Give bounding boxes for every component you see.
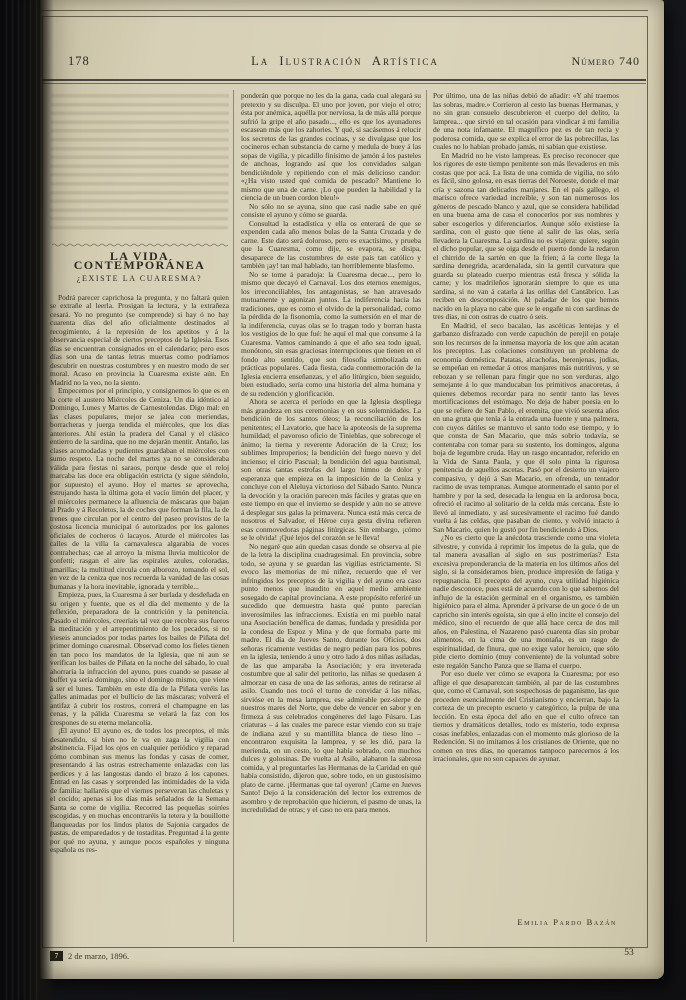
footer-date: 2 de marzo, 1896. — [68, 951, 129, 961]
column-3: Por último, una de las niñas debió de añ… — [433, 92, 619, 912]
paragraph: Consultad la estadística y ella os enter… — [241, 220, 421, 271]
paragraph: Ahora se acerca el período en que la Igl… — [241, 398, 421, 543]
author-signature: Emilia Pardo Bazán — [433, 917, 617, 927]
squiggle-rule — [52, 242, 228, 247]
footer-page-number: 53 — [616, 948, 642, 958]
column-separator-2 — [426, 90, 427, 942]
paragraph: Por eso duele ver cómo se evapora la Cua… — [433, 670, 619, 764]
paragraph: Por último, una de las niñas debió de añ… — [433, 92, 619, 152]
paragraph: En Madrid no he visto lampreas. Es preci… — [433, 152, 619, 322]
paragraph: ¡El ayuno! El ayuno es, de todos los pre… — [50, 727, 229, 855]
paragraph: No sólo no se ayuna, sino que casi nadie… — [241, 203, 421, 220]
binding-page-edges — [6, 0, 42, 1000]
top-border-rule — [42, 10, 648, 11]
issue-number: Número 740 — [42, 54, 640, 69]
column-1-text: Podrá parecer caprichosa la pregunta, y … — [50, 294, 229, 855]
paragraph: En Madrid, el seco bacalao, las ascética… — [433, 322, 619, 535]
paragraph: Empecemos por el principio, y consignemo… — [50, 387, 229, 591]
paragraph: Empieza, pues, la Cuaresma á ser burlada… — [50, 591, 229, 727]
column-1: LA VIDA CONTEMPORÁNEA ¿EXISTE LA CUARESM… — [50, 92, 229, 960]
column-separator-1 — [233, 90, 234, 942]
paragraph: Podrá parecer caprichosa la pregunta, y … — [50, 294, 229, 388]
header-rule-thick — [42, 79, 646, 81]
article-subtitle: ¿EXISTE LA CUARESMA? — [50, 275, 229, 284]
scanned-magazine-page: 178 La Ilustración Artística Número 740 … — [0, 0, 686, 1000]
column-2: ponderán que porque no les da la gana, c… — [241, 92, 421, 937]
paragraph: ¿No es cierto que la anécdota trasciende… — [433, 534, 619, 670]
article-title: LA VIDA CONTEMPORÁNEA — [50, 252, 229, 269]
ink-bleedthrough-ghost — [50, 94, 229, 234]
paragraph: No negaré que aún quedan casas donde se … — [241, 543, 421, 815]
paragraph: No se tome á paradoja: la Cuaresma decae… — [241, 271, 421, 399]
paragraph: ponderán que porque no les da la gana, c… — [241, 92, 421, 203]
header-rule-thin — [42, 83, 646, 84]
